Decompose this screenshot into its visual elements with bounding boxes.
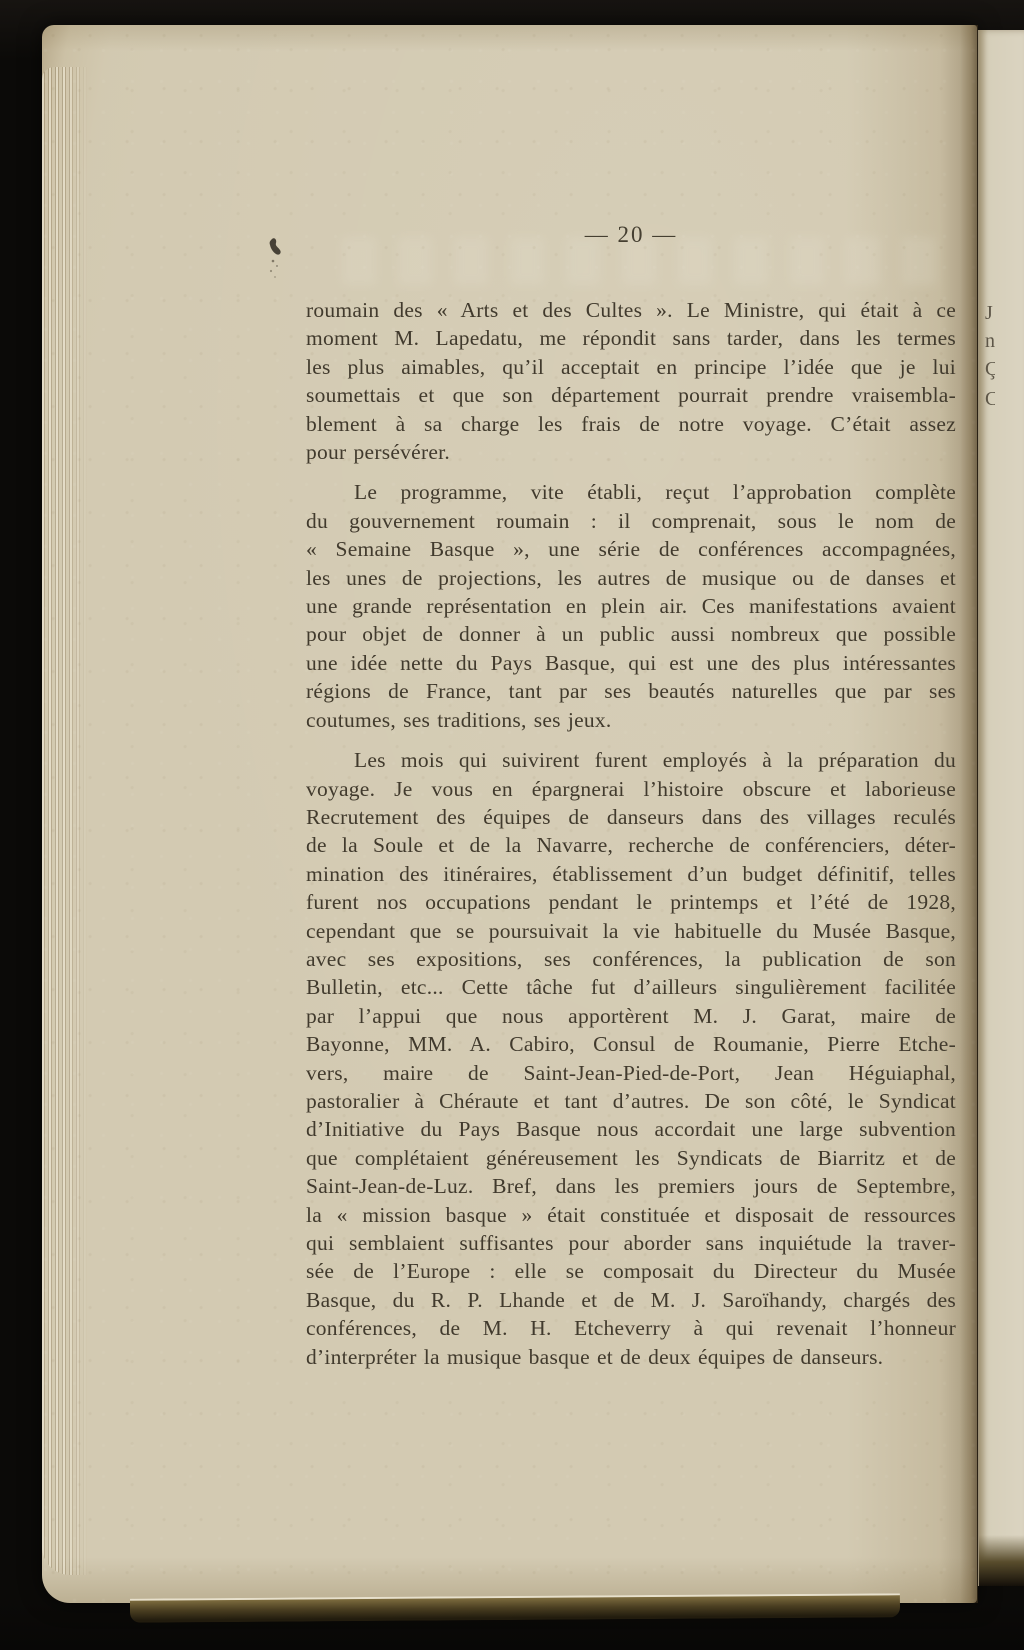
text-line: avec ses expositions, ses conférences, l… xyxy=(306,945,956,973)
text-line: les unes de projections, les autres de m… xyxy=(306,564,956,592)
ink-blot xyxy=(258,233,292,285)
text-line: pour objet de donner à un public aussi n… xyxy=(306,620,956,648)
page-stack-edge xyxy=(42,67,88,1575)
text-line: d’interpréter la musique basque et de de… xyxy=(306,1343,956,1371)
text-line: les plus aimables, qu’il acceptait en pr… xyxy=(306,353,956,381)
printed-content: — 20 — roumain des « Arts et des Cultes … xyxy=(306,220,956,1383)
paragraph: roumain des « Arts et des Cultes ». Le M… xyxy=(306,296,956,466)
text-line: Saint-Jean-de-Luz. Bref, dans les premie… xyxy=(306,1172,956,1200)
text-line: Recrutement des équipes de danseurs dans… xyxy=(306,803,956,831)
text-line: Basque, du R. P. Lhande et de M. J. Saro… xyxy=(306,1286,956,1314)
text-line: pour persévérer. xyxy=(306,438,956,466)
text-line: que complétaient généreusement les Syndi… xyxy=(306,1144,956,1172)
text-line: la « mission basque » était constituée e… xyxy=(306,1201,956,1229)
paragraph: Le programme, vite établi, reçut l’appro… xyxy=(306,478,956,734)
text-line: qui semblaient suffisantes pour aborder … xyxy=(306,1229,956,1257)
text-line: une grande représentation en plein air. … xyxy=(306,592,956,620)
body-text: roumain des « Arts et des Cultes ». Le M… xyxy=(306,296,956,1371)
facing-page-sliver: JnÇC xyxy=(978,30,1024,1586)
text-line: coutumes, ses traditions, ses jeux. xyxy=(306,706,956,734)
text-line: « Semaine Basque », une série de confére… xyxy=(306,535,956,563)
text-line: régions de France, tant par ses beautés … xyxy=(306,677,956,705)
text-line: voyage. Je vous en épargnerai l’histoire… xyxy=(306,775,956,803)
text-line: moment M. Lapedatu, me répondit sans tar… xyxy=(306,324,956,352)
text-line: Bulletin, etc... Cette tâche fut d’aille… xyxy=(306,973,956,1001)
text-line: sée de l’Europe : elle se composait du D… xyxy=(306,1257,956,1285)
text-line: du gouvernement roumain : il comprenait,… xyxy=(306,507,956,535)
text-line: d’Initiative du Pays Basque nous accorda… xyxy=(306,1115,956,1143)
edge-text-fragment: J xyxy=(985,302,995,324)
text-line: vers, maire de Saint-Jean-Pied-de-Port, … xyxy=(306,1059,956,1087)
text-line: roumain des « Arts et des Cultes ». Le M… xyxy=(306,296,956,324)
text-line: par l’appui que nous apportèrent M. J. G… xyxy=(306,1002,956,1030)
text-line: furent nos occupations pendant le printe… xyxy=(306,888,956,916)
text-line: conférences, de M. H. Etcheverry à qui r… xyxy=(306,1314,956,1342)
edge-text-fragment: n xyxy=(985,330,995,352)
text-line: de la Soule et de la Navarre, recherche … xyxy=(306,831,956,859)
text-line: pastoralier à Chéraute et tant d’autres.… xyxy=(306,1087,956,1115)
text-line: une idée nette du Pays Basque, qui est u… xyxy=(306,649,956,677)
text-line: Les mois qui suivirent furent employés à… xyxy=(306,746,956,774)
bottom-page-edges xyxy=(130,1593,900,1622)
text-line: blement à sa charge les frais de notre v… xyxy=(306,410,956,438)
scan-background: { "page": { "number": "— 20 —", "paragra… xyxy=(0,0,1024,1650)
text-line: soumettais et que son département pourra… xyxy=(306,381,956,409)
gutter-fold xyxy=(960,25,978,1603)
text-line: Bayonne, MM. A. Cabiro, Consul de Rouman… xyxy=(306,1030,956,1058)
edge-text-fragment: Ç xyxy=(985,358,995,380)
paragraph: Les mois qui suivirent furent employés à… xyxy=(306,746,956,1371)
edge-text-fragment: C xyxy=(985,388,995,410)
text-line: cependant que se poursuivait la vie habi… xyxy=(306,917,956,945)
text-line: mination des itinéraires, établissement … xyxy=(306,860,956,888)
page-number: — 20 — xyxy=(306,220,956,250)
text-line: Le programme, vite établi, reçut l’appro… xyxy=(306,478,956,506)
